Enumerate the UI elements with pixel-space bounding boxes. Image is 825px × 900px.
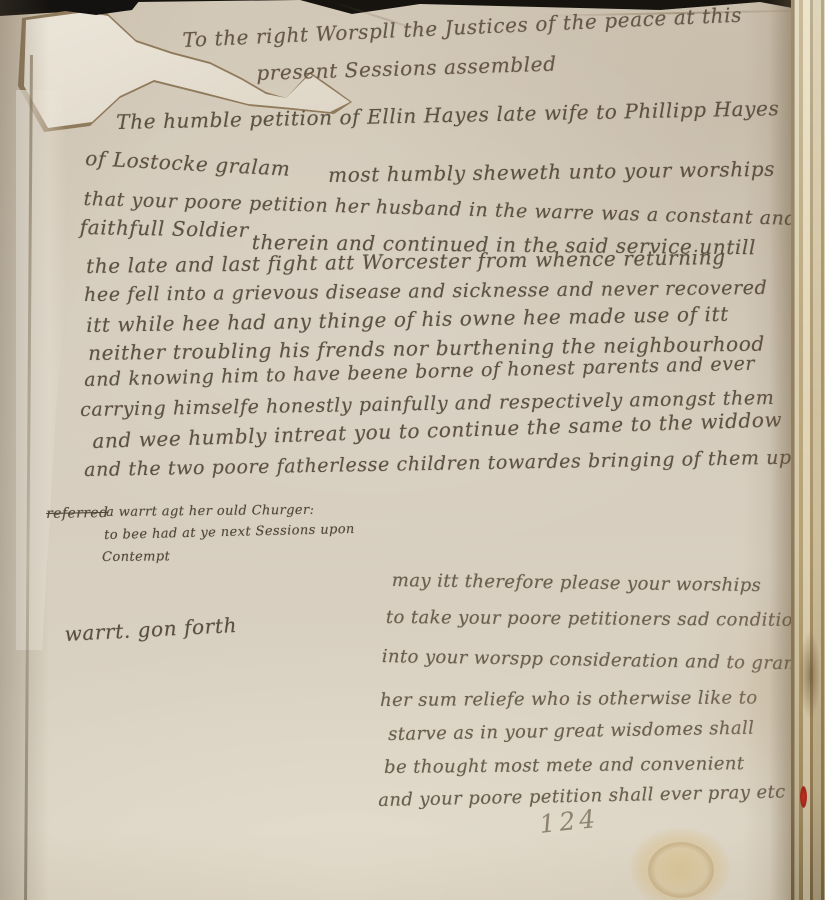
clerk-note-line: a warrt agt her ould Churger: bbox=[106, 503, 314, 520]
clerk-note-line: Contempt bbox=[102, 549, 170, 565]
red-ink-mark bbox=[800, 786, 807, 808]
struck-out-word: referred bbox=[46, 505, 109, 522]
folio-page-number: 124 bbox=[538, 804, 600, 839]
manuscript-photo: To the right Worspll the Justices of the… bbox=[0, 0, 825, 900]
petition-line: faithfull Soldier bbox=[80, 215, 249, 242]
paper-stain-ring bbox=[648, 842, 714, 898]
gutter-page-streaks bbox=[791, 0, 825, 900]
closing-line: be thought most mete and convenient bbox=[384, 753, 745, 778]
gutter-blotch bbox=[799, 630, 821, 720]
gutter-shadow bbox=[769, 0, 795, 900]
